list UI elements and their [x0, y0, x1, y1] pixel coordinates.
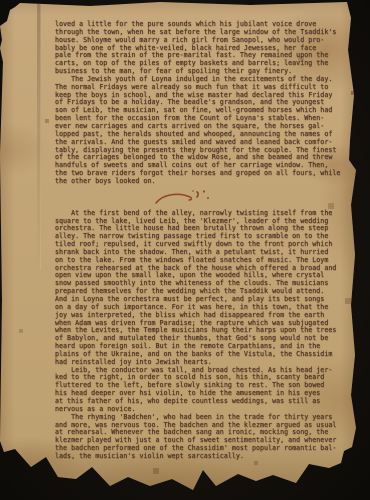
section-divider — [55, 186, 351, 210]
photo-background: loved a little for the pure sounds which… — [0, 0, 370, 500]
text-line: the other boys looked on. — [55, 178, 351, 186]
manuscript-page: loved a little for the pure sounds which… — [0, 0, 370, 500]
paragraph-1: loved a little for the pure sounds which… — [55, 21, 351, 76]
text-line: lads, the musician's violin wept sarcast… — [55, 453, 351, 461]
paragraph-3: At the first bend of the alley, narrowly… — [55, 210, 351, 367]
ink-flourish-icon — [153, 189, 219, 207]
paragraph-5: The rhyming 'Badchen', who had been in t… — [55, 414, 351, 461]
paper-crease — [37, 0, 41, 270]
paragraph-2: The Jewish youth of Loyna indulged in th… — [55, 76, 351, 186]
paragraph-4: Leib, the conductor was tall, and broad … — [55, 367, 351, 414]
typewritten-text: loved a little for the pure sounds which… — [55, 21, 351, 461]
paper-specks — [0, 0, 2, 2]
